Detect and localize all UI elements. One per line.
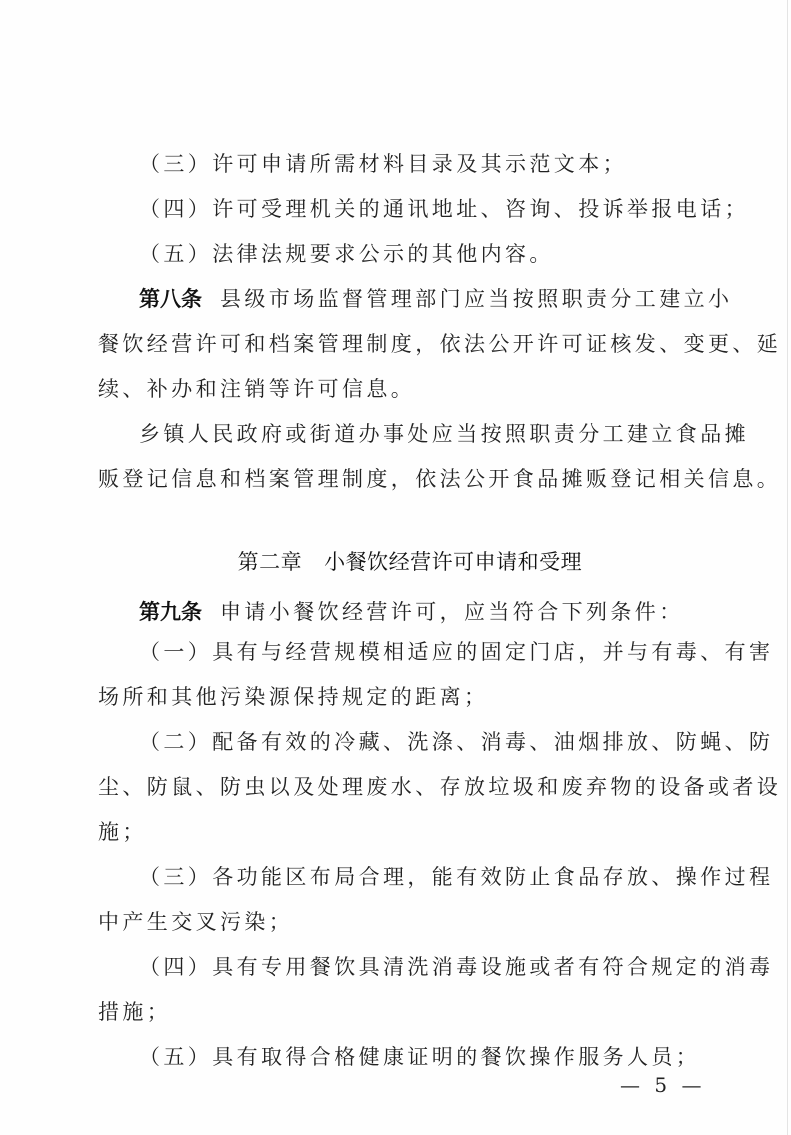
paragraph-line: 措施； <box>98 998 698 1026</box>
condition-item: （四）具有专用餐饮具清洗消毒设施或者有符合规定的消毒 <box>139 953 739 981</box>
chapter-title: 小餐饮经营许可申请和受理 <box>324 550 582 574</box>
condition-item: （三）各功能区布局合理，能有效防止食品存放、操作过程 <box>139 863 739 891</box>
paragraph-line: 餐饮经营许可和档案管理制度，依法公开许可证核发、变更、延 <box>98 330 698 358</box>
article-text: 申请小餐饮经营许可，应当符合下列条件： <box>220 600 684 624</box>
article-9-first-line: 第九条申请小餐饮经营许可，应当符合下列条件： <box>139 598 739 626</box>
paragraph-line: 施； <box>98 818 698 846</box>
chapter-number: 第二章 <box>238 550 303 574</box>
paragraph-line: 续、补办和注销等许可信息。 <box>98 375 698 403</box>
chapter-heading: 第二章小餐饮经营许可申请和受理 <box>0 520 791 604</box>
document-page: （三）许可申请所需材料目录及其示范文本； （四）许可受理机关的通讯地址、咨询、投… <box>0 0 791 1135</box>
clause-item: （三）许可申请所需材料目录及其示范文本； <box>139 150 739 178</box>
paragraph-line: 贩登记信息和档案管理制度，依法公开食品摊贩登记相关信息。 <box>98 465 698 493</box>
paragraph-line: 场所和其他污染源保持规定的距离； <box>98 683 698 711</box>
article-text: 县级市场监督管理部门应当按照职责分工建立小 <box>220 287 732 311</box>
clause-item: （四）许可受理机关的通讯地址、咨询、投诉举报电话； <box>139 195 739 223</box>
condition-item: （五）具有取得合格健康证明的餐饮操作服务人员； <box>139 1043 739 1071</box>
condition-item: （二）配备有效的冷藏、洗涤、消毒、油烟排放、防蝇、防 <box>139 728 739 756</box>
clause-item: （五）法律法规要求公示的其他内容。 <box>139 240 739 268</box>
article-label: 第九条 <box>139 600 202 624</box>
paragraph-line: 中产生交叉污染； <box>98 908 698 936</box>
paragraph-line: 尘、防鼠、防虫以及处理废水、存放垃圾和废弃物的设备或者设 <box>98 773 698 801</box>
article-8-first-line: 第八条县级市场监督管理部门应当按照职责分工建立小 <box>139 285 739 313</box>
paragraph-line: 乡镇人民政府或街道办事处应当按照职责分工建立食品摊 <box>139 420 739 448</box>
article-label: 第八条 <box>139 287 202 311</box>
page-number: — 5 — <box>620 1072 705 1098</box>
condition-item: （一）具有与经营规模相适应的固定门店，并与有毒、有害 <box>139 638 739 666</box>
